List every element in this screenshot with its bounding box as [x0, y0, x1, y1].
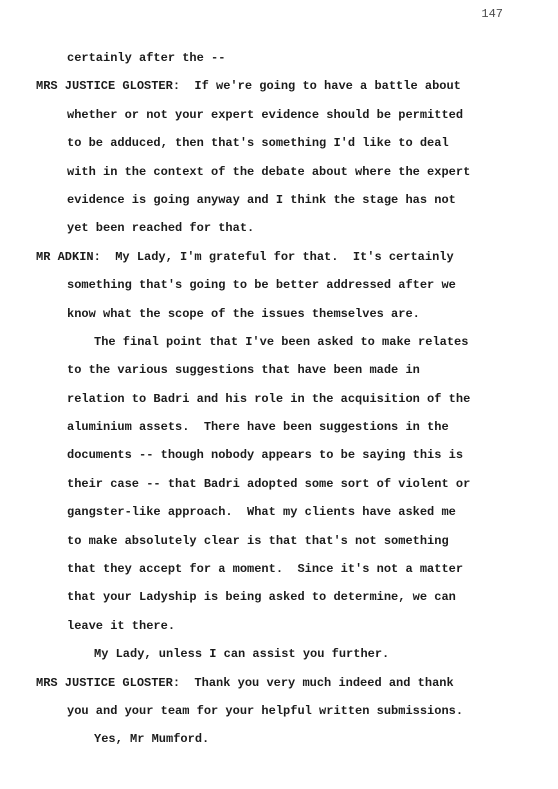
page-number: 147	[481, 7, 503, 21]
transcript-line: with in the context of the debate about …	[36, 158, 548, 186]
transcript-line: to the various suggestions that have bee…	[36, 356, 548, 384]
transcript-line: that they accept for a moment. Since it'…	[36, 555, 548, 583]
transcript-page: 147 certainly after the --MRS JUSTICE GL…	[0, 0, 558, 789]
transcript-line: My Lady, unless I can assist you further…	[36, 640, 548, 668]
transcript-line: something that's going to be better addr…	[36, 271, 548, 299]
transcript-line: relation to Badri and his role in the ac…	[36, 385, 548, 413]
transcript-line: certainly after the --	[36, 44, 548, 72]
transcript-line: to be adduced, then that's something I'd…	[36, 129, 548, 157]
transcript-line: know what the scope of the issues themse…	[36, 300, 548, 328]
transcript-line: whether or not your expert evidence shou…	[36, 101, 548, 129]
transcript-line: you and your team for your helpful writt…	[36, 697, 548, 725]
transcript-line: evidence is going anyway and I think the…	[36, 186, 548, 214]
transcript-line: aluminium assets. There have been sugges…	[36, 413, 548, 441]
transcript-line: MR ADKIN: My Lady, I'm grateful for that…	[36, 243, 548, 271]
transcript-line: leave it there.	[36, 612, 548, 640]
transcript-line: that your Ladyship is being asked to det…	[36, 583, 548, 611]
transcript-line: MRS JUSTICE GLOSTER: If we're going to h…	[36, 72, 548, 100]
transcript-body: certainly after the --MRS JUSTICE GLOSTE…	[36, 44, 548, 754]
transcript-line: MRS JUSTICE GLOSTER: Thank you very much…	[36, 669, 548, 697]
transcript-line: yet been reached for that.	[36, 214, 548, 242]
transcript-line: their case -- that Badri adopted some so…	[36, 470, 548, 498]
transcript-line: The final point that I've been asked to …	[36, 328, 548, 356]
transcript-line: gangster-like approach. What my clients …	[36, 498, 548, 526]
transcript-line: to make absolutely clear is that that's …	[36, 527, 548, 555]
transcript-line: documents -- though nobody appears to be…	[36, 441, 548, 469]
transcript-line: Yes, Mr Mumford.	[36, 725, 548, 753]
